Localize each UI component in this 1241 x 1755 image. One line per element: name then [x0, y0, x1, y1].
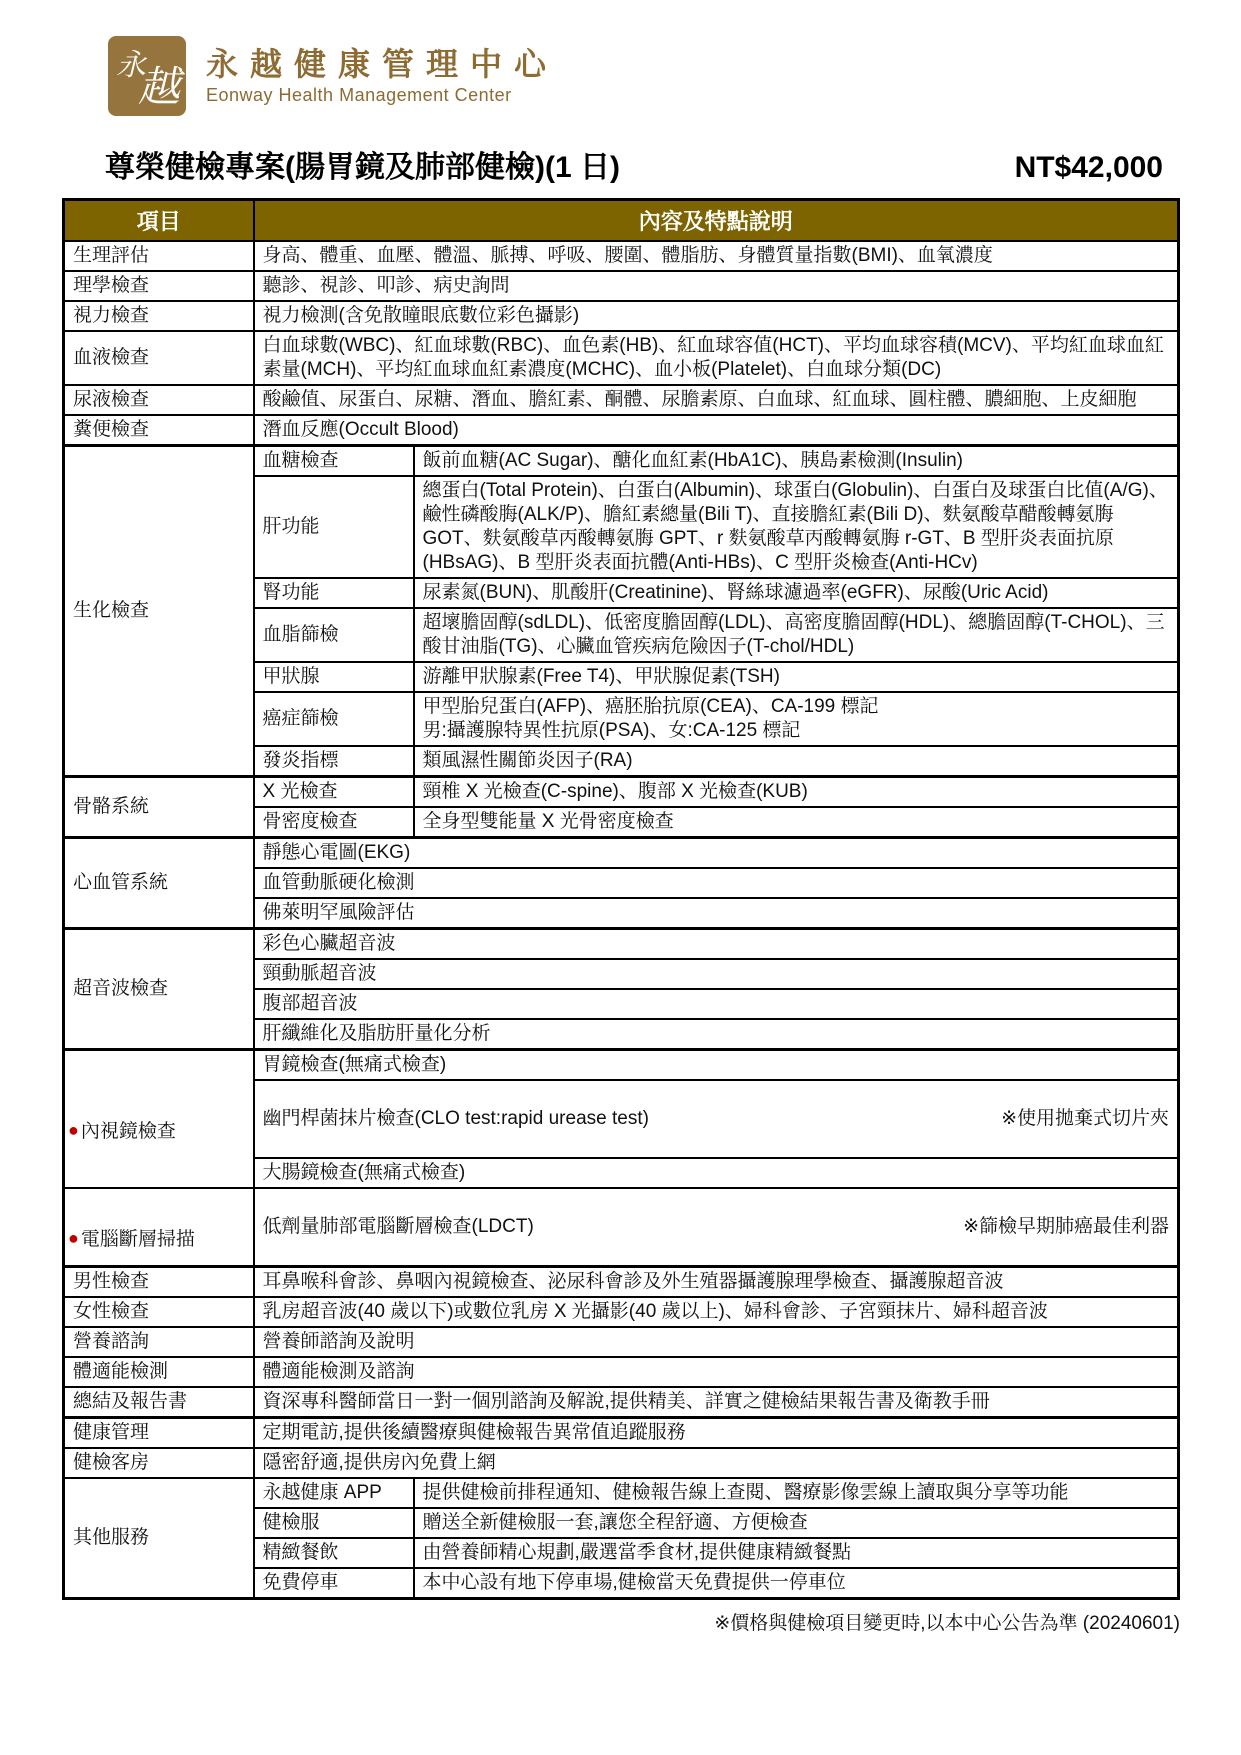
document-page: 永 越 永越健康管理中心 Eonway Health Management Ce…: [0, 0, 1241, 1755]
brand-name-en: Eonway Health Management Center: [206, 85, 558, 106]
category-cell: 男性檢查: [64, 1267, 254, 1298]
category-cell: 糞便檢查: [64, 415, 254, 446]
desc-cell: 潛血反應(Occult Blood): [254, 415, 1179, 446]
brand-name-zh: 永越健康管理中心: [206, 46, 558, 82]
desc-cell: 頸動脈超音波: [254, 959, 1179, 989]
desc-cell: 類風濕性關節炎因子(RA): [414, 746, 1179, 777]
desc-cell: 白血球數(WBC)、紅血球數(RBC)、血色素(HB)、紅血球容值(HCT)、平…: [254, 331, 1179, 385]
category-cell: 生理評估: [64, 241, 254, 271]
desc-cell: 腹部超音波: [254, 989, 1179, 1019]
note-text: ※使用拋棄式切片夾: [1001, 1107, 1169, 1131]
desc-text: 低劑量肺部電腦斷層檢查(LDCT): [263, 1215, 534, 1239]
category-cell: 理學檢查: [64, 271, 254, 301]
sub-item-cell: 癌症篩檢: [254, 692, 414, 746]
table-row: 視力檢查 視力檢測(含免散瞳眼底數位彩色攝影): [64, 301, 1179, 331]
table-row: 生化檢查 血糖檢查 飯前血糖(AC Sugar)、醣化血紅素(HbA1C)、胰島…: [64, 446, 1179, 477]
desc-cell: 大腸鏡檢查(無痛式檢查): [254, 1158, 1179, 1188]
desc-cell: 全身型雙能量 X 光骨密度檢查: [414, 807, 1179, 838]
category-cell: 血液檢查: [64, 331, 254, 385]
title-row: 尊榮健檢專案(腸胃鏡及肺部健檢)(1 日) NT$42,000: [105, 142, 1163, 186]
category-cell: 健檢客房: [64, 1448, 254, 1478]
desc-cell: 游離甲狀腺素(Free T4)、甲狀腺促素(TSH): [414, 662, 1179, 692]
desc-cell: 總蛋白(Total Protein)、白蛋白(Albumin)、球蛋白(Glob…: [414, 476, 1179, 578]
desc-cell: 身高、體重、血壓、體溫、脈搏、呼吸、腰圍、體脂肪、身體質量指數(BMI)、血氧濃…: [254, 241, 1179, 271]
brand-text: 永越健康管理中心 Eonway Health Management Center: [206, 46, 558, 106]
desc-cell: 營養師諮詢及說明: [254, 1327, 1179, 1357]
table-row: 心血管系統 靜態心電圖(EKG): [64, 838, 1179, 869]
table-header-desc: 內容及特點說明: [254, 200, 1179, 242]
table-row: 體適能檢測 體適能檢測及諮詢: [64, 1357, 1179, 1387]
package-price: NT$42,000: [1015, 151, 1163, 185]
sub-item-cell: 血脂篩檢: [254, 608, 414, 662]
package-table: 項目 內容及特點說明 生理評估 身高、體重、血壓、體溫、脈搏、呼吸、腰圍、體脂肪…: [62, 198, 1180, 1600]
table-header-row: 項目 內容及特點說明: [64, 200, 1179, 242]
desc-cell: 定期電訪,提供後續醫療與健檢報告異常值追蹤服務: [254, 1418, 1179, 1449]
note-text: ※篩檢早期肺癌最佳利器: [963, 1215, 1169, 1239]
sub-item-cell: 永越健康 APP: [254, 1478, 414, 1508]
sub-item-cell: 肝功能: [254, 476, 414, 578]
sub-item-cell: 發炎指標: [254, 746, 414, 777]
red-bullet-icon: ●: [68, 1228, 79, 1248]
desc-cell: 超壞膽固醇(sdLDL)、低密度膽固醇(LDL)、高密度膽固醇(HDL)、總膽固…: [414, 608, 1179, 662]
category-cell: 營養諮詢: [64, 1327, 254, 1357]
desc-cell: 贈送全新健檢服一套,讓您全程舒適、方便檢查: [414, 1508, 1179, 1538]
table-row: 理學檢查 聽診、視診、叩診、病史詢問: [64, 271, 1179, 301]
desc-cell: 甲型胎兒蛋白(AFP)、癌胚胎抗原(CEA)、CA-199 標記 男:攝護腺特異…: [414, 692, 1179, 746]
desc-cell: 視力檢測(含免散瞳眼底數位彩色攝影): [254, 301, 1179, 331]
sub-item-cell: 腎功能: [254, 578, 414, 608]
sub-item-cell: 免費停車: [254, 1568, 414, 1599]
desc-cell: 胃鏡檢查(無痛式檢查): [254, 1050, 1179, 1081]
table-row: 其他服務 永越健康 APP 提供健檢前排程通知、健檢報告線上查閱、醫療影像雲線上…: [64, 1478, 1179, 1508]
desc-cell: 幽門桿菌抹片檢查(CLO test:rapid urease test) ※使用…: [254, 1080, 1179, 1158]
desc-cell: 體適能檢測及諮詢: [254, 1357, 1179, 1387]
category-label: 電腦斷層掃描: [81, 1229, 195, 1250]
desc-cell: 飯前血糖(AC Sugar)、醣化血紅素(HbA1C)、胰島素檢測(Insuli…: [414, 446, 1179, 477]
desc-cell: 靜態心電圖(EKG): [254, 838, 1179, 869]
table-row: 健檢客房 隱密舒適,提供房內免費上網: [64, 1448, 1179, 1478]
table-row: 總結及報告書 資深專科醫師當日一對一個別諮詢及解說,提供精美、詳實之健檢結果報告…: [64, 1387, 1179, 1418]
table-row: 骨骼系統 X 光檢查 頸椎 X 光檢查(C-spine)、腹部 X 光檢查(KU…: [64, 777, 1179, 808]
footer-note: ※價格與健檢項目變更時,以本中心公告為準 (20240601): [62, 1608, 1180, 1635]
sub-item-cell: 甲狀腺: [254, 662, 414, 692]
sub-item-cell: 血糖檢查: [254, 446, 414, 477]
category-cell: 心血管系統: [64, 838, 254, 929]
brand-header: 永 越 永越健康管理中心 Eonway Health Management Ce…: [0, 0, 1241, 116]
brand-logo-mark: 永 越: [108, 36, 186, 116]
table-row: 男性檢查 耳鼻喉科會診、鼻咽內視鏡檢查、泌尿科會診及外生殖器攝護腺理學檢查、攝護…: [64, 1267, 1179, 1298]
category-cell: 健康管理: [64, 1418, 254, 1449]
table-row: 女性檢查 乳房超音波(40 歲以下)或數位乳房 X 光攝影(40 歲以上)、婦科…: [64, 1297, 1179, 1327]
table-row: 超音波檢查 彩色心臟超音波: [64, 929, 1179, 960]
table-row: 尿液檢查 酸鹼值、尿蛋白、尿糖、潛血、膽紅素、酮體、尿膽素原、白血球、紅血球、圓…: [64, 385, 1179, 415]
desc-text: 幽門桿菌抹片檢查(CLO test:rapid urease test): [263, 1107, 649, 1131]
desc-cell: 耳鼻喉科會診、鼻咽內視鏡檢查、泌尿科會診及外生殖器攝護腺理學檢查、攝護腺超音波: [254, 1267, 1179, 1298]
table-row: 健康管理 定期電訪,提供後續醫療與健檢報告異常值追蹤服務: [64, 1418, 1179, 1449]
category-cell: 生化檢查: [64, 446, 254, 777]
category-cell: 視力檢查: [64, 301, 254, 331]
desc-cell: 提供健檢前排程通知、健檢報告線上查閱、醫療影像雲線上讀取與分享等功能: [414, 1478, 1179, 1508]
desc-cell: 乳房超音波(40 歲以下)或數位乳房 X 光攝影(40 歲以上)、婦科會診、子宮…: [254, 1297, 1179, 1327]
category-cell: 骨骼系統: [64, 777, 254, 838]
desc-cell: 佛萊明罕風險評估: [254, 898, 1179, 929]
desc-cell: 隱密舒適,提供房內免費上網: [254, 1448, 1179, 1478]
sub-item-cell: X 光檢查: [254, 777, 414, 808]
red-bullet-icon: ●: [68, 1120, 79, 1140]
category-cell: 尿液檢查: [64, 385, 254, 415]
table-row: 營養諮詢 營養師諮詢及說明: [64, 1327, 1179, 1357]
desc-cell: 本中心設有地下停車場,健檢當天免費提供一停車位: [414, 1568, 1179, 1599]
desc-cell: 低劑量肺部電腦斷層檢查(LDCT) ※篩檢早期肺癌最佳利器: [254, 1188, 1179, 1267]
sub-item-cell: 健檢服: [254, 1508, 414, 1538]
desc-cell: 頸椎 X 光檢查(C-spine)、腹部 X 光檢查(KUB): [414, 777, 1179, 808]
category-cell: 女性檢查: [64, 1297, 254, 1327]
category-cell: 其他服務: [64, 1478, 254, 1599]
desc-cell: 酸鹼值、尿蛋白、尿糖、潛血、膽紅素、酮體、尿膽素原、白血球、紅血球、圓柱體、膿細…: [254, 385, 1179, 415]
desc-cell: 肝纖維化及脂肪肝量化分析: [254, 1019, 1179, 1050]
table-header-item: 項目: [64, 200, 254, 242]
page-title: 尊榮健檢專案(腸胃鏡及肺部健檢)(1 日): [105, 142, 620, 186]
category-cell: 總結及報告書: [64, 1387, 254, 1418]
category-cell: ●內視鏡檢查: [64, 1050, 254, 1189]
logo-glyph: 越: [138, 54, 180, 114]
category-cell: 體適能檢測: [64, 1357, 254, 1387]
desc-cell: 尿素氮(BUN)、肌酸肝(Creatinine)、腎絲球濾過率(eGFR)、尿酸…: [414, 578, 1179, 608]
category-cell: 超音波檢查: [64, 929, 254, 1050]
desc-cell: 血管動脈硬化檢測: [254, 868, 1179, 898]
sub-item-cell: 骨密度檢查: [254, 807, 414, 838]
desc-cell: 資深專科醫師當日一對一個別諮詢及解說,提供精美、詳實之健檢結果報告書及衛教手冊: [254, 1387, 1179, 1418]
table-row: 血液檢查 白血球數(WBC)、紅血球數(RBC)、血色素(HB)、紅血球容值(H…: [64, 331, 1179, 385]
table-row: ●內視鏡檢查 胃鏡檢查(無痛式檢查): [64, 1050, 1179, 1081]
table-row: ●電腦斷層掃描 低劑量肺部電腦斷層檢查(LDCT) ※篩檢早期肺癌最佳利器: [64, 1188, 1179, 1267]
desc-cell: 彩色心臟超音波: [254, 929, 1179, 960]
category-cell: ●電腦斷層掃描: [64, 1188, 254, 1267]
table-row: 糞便檢查 潛血反應(Occult Blood): [64, 415, 1179, 446]
desc-cell: 聽診、視診、叩診、病史詢問: [254, 271, 1179, 301]
table-row: 生理評估 身高、體重、血壓、體溫、脈搏、呼吸、腰圍、體脂肪、身體質量指數(BMI…: [64, 241, 1179, 271]
category-label: 內視鏡檢查: [81, 1121, 176, 1142]
desc-cell: 由營養師精心規劃,嚴選當季食材,提供健康精緻餐點: [414, 1538, 1179, 1568]
sub-item-cell: 精緻餐飲: [254, 1538, 414, 1568]
